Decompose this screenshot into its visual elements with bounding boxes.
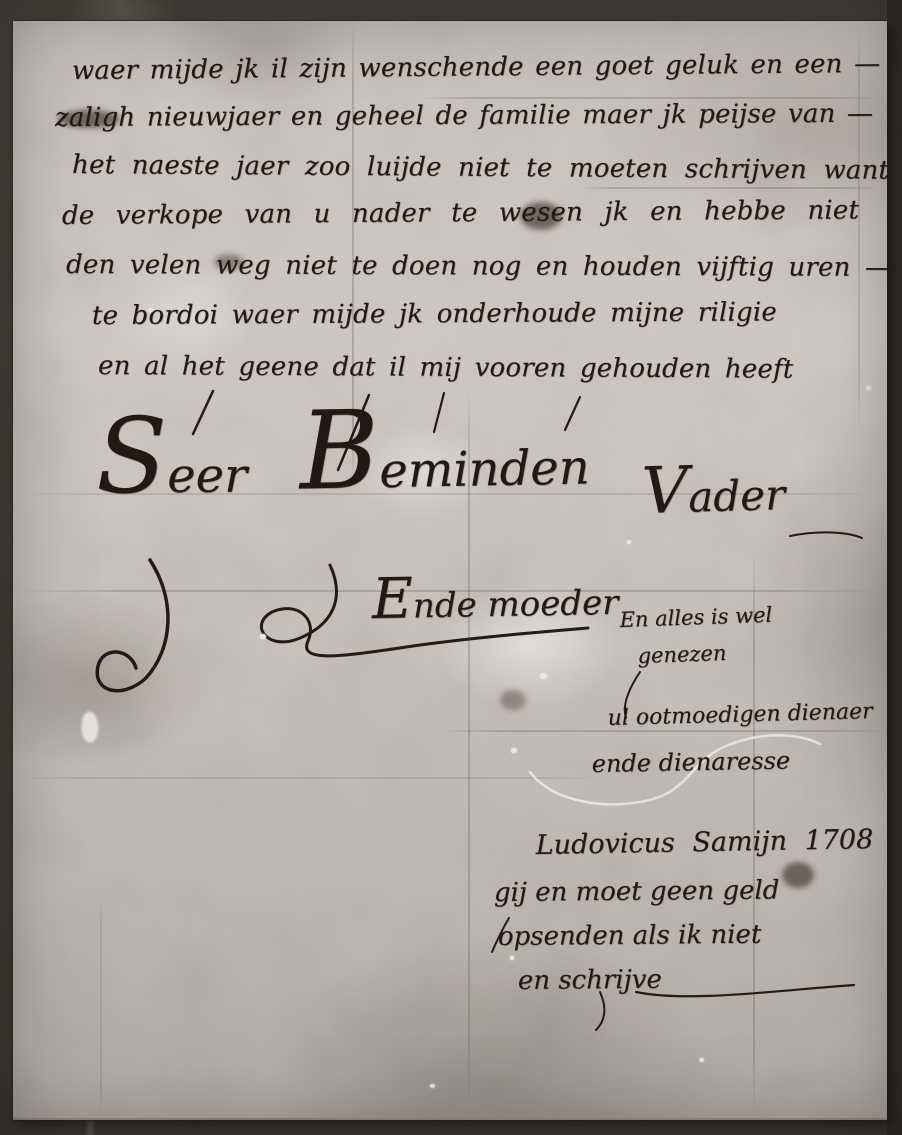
dust-speck — [540, 673, 547, 679]
fold-crease — [440, 730, 885, 732]
salutation-ende-moeder: Ende moeder — [372, 586, 619, 624]
dust-speck — [82, 712, 98, 742]
stray-pen-stroke — [565, 397, 580, 430]
side-note-line: En alles is wel — [619, 603, 772, 632]
letter-body-line: en al het geene dat il mij vooren gehoud… — [98, 351, 794, 385]
salutation-word-vader: Vader — [641, 474, 785, 520]
dust-speck — [510, 956, 514, 960]
dust-speck — [627, 540, 631, 544]
closing-line: ende dienaresse — [592, 747, 791, 778]
dust-speck — [866, 386, 871, 390]
dust-speck — [260, 634, 266, 639]
seer-s-descender-swash — [97, 560, 168, 691]
stray-pen-stroke — [434, 393, 444, 432]
letter-body-line: den velen weg niet te doen nog en houden… — [66, 250, 891, 283]
closing-line: ul ootmoedigen dienaer — [607, 699, 873, 731]
fold-crease — [100, 900, 102, 1115]
side-note-line: genezen — [637, 641, 727, 668]
letter-body-line: de verkope van u nader te wesen jk en he… — [62, 195, 859, 231]
fold-crease — [18, 777, 598, 779]
seer-s-ascender-stroke — [193, 391, 213, 434]
letter-body-line: te bordoi waer mijde jk onderhoude mijne… — [92, 297, 777, 331]
signature-line: Ludovicus Samijn 1708 — [535, 824, 873, 861]
postscript-line: opsenden als ik niet — [498, 920, 762, 952]
fold-crease — [580, 187, 880, 189]
vader-trailing-dash — [790, 532, 862, 538]
postscript-line: en schrijve — [518, 965, 662, 996]
schrijve-trailing-rule — [636, 985, 854, 996]
ink-smudge — [782, 862, 814, 888]
postscript-line: gij en moet geen geld — [494, 876, 780, 908]
letter-body-line: zaligh nieuwjaer en geheel de familie ma… — [55, 99, 873, 133]
salutation-word-beminden: Beminden — [300, 443, 590, 496]
schrijve-descender-tail — [596, 992, 604, 1030]
dust-speck — [148, 308, 153, 312]
ink-smudge — [500, 690, 526, 710]
salutation-word-seer: Seer — [96, 452, 247, 500]
dust-speck — [511, 748, 517, 753]
letter-photograph: waer mijde jk il zijn wenschende een goe… — [0, 0, 902, 1135]
dust-speck — [430, 1084, 435, 1088]
handwriting-layer: waer mijde jk il zijn wenschende een goe… — [0, 0, 902, 1135]
fold-crease — [858, 28, 860, 428]
letter-body-line: het naeste jaer zoo luijde niet te moete… — [72, 150, 902, 186]
letter-body-line: waer mijde jk il zijn wenschende een goe… — [72, 49, 881, 86]
dust-speck — [699, 1058, 704, 1062]
